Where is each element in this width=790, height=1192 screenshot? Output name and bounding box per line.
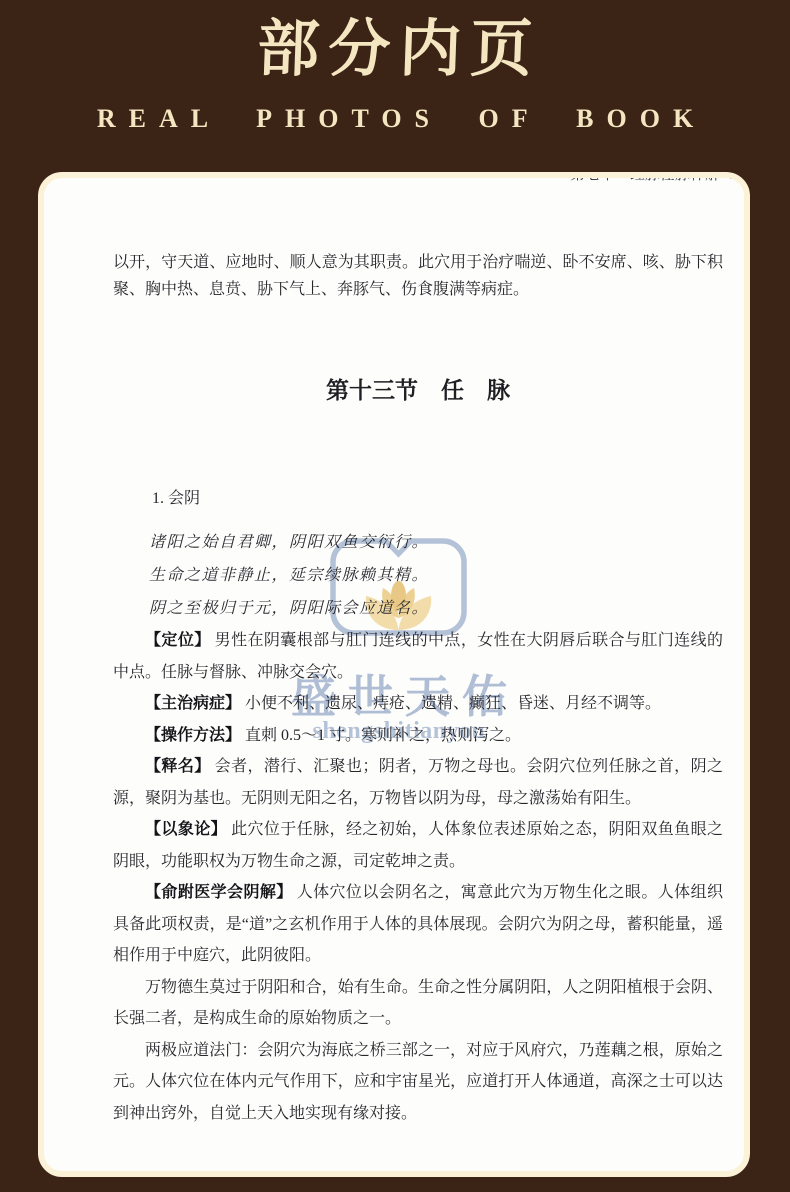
book-page-content: 盛世天佑 shengshitianyou 第七章 经脉任脉释解 273 以开，守… — [44, 178, 744, 1171]
entry-text: 小便不利、遗尿、痔疮、遗精、癫狂、昏迷、月经不调等。 — [245, 695, 661, 712]
running-header: 第七章 经脉任脉释解 273 — [570, 178, 744, 183]
verse-line: 生命之道非静止，延宗续脉赖其精。 — [149, 559, 723, 592]
banner-title: 部分内页 — [0, 0, 790, 94]
verse-line: 诸阳之始自君卿，阴阳双鱼交衍行。 — [149, 526, 723, 559]
entry-label: 【俞跗医学会阴解】 — [145, 884, 293, 901]
entry-label: 【释名】 — [145, 758, 211, 775]
closing-paragraph: 万物德生莫过于阴阳和合，始有生命。生命之性分属阴阳，人之阴阳植根于会阴、长强二者… — [113, 972, 723, 1035]
entry-paragraph: 【定位】男性在阴囊根部与肛门连线的中点，女性在大阴唇后联合与肛门连线的中点。任脉… — [113, 625, 723, 688]
verse-line: 阴之至极归于元，阴阳际会应道名。 — [149, 592, 723, 625]
closing-paragraph: 两极应道法门：会阴穴为海底之桥三部之一，对应于风府穴，乃莲藕之根，原始之元。人体… — [113, 1035, 723, 1130]
entry-paragraph: 【主治病症】小便不利、遗尿、痔疮、遗精、癫狂、昏迷、月经不调等。 — [113, 688, 723, 720]
book-page-photo: 盛世天佑 shengshitianyou 第七章 经脉任脉释解 273 以开，守… — [38, 172, 750, 1177]
entry-text: 直刺 0.5～1 寸。寒则补之，热则泻之。 — [245, 727, 521, 744]
entry-paragraph: 【操作方法】直刺 0.5～1 寸。寒则补之，热则泻之。 — [113, 720, 723, 752]
point-heading: 1. 会阴 — [113, 488, 723, 510]
promo-image: 部分内页 REAL PHOTOS OF BOOK 盛世天佑 shengshiti… — [0, 0, 790, 1192]
entry-paragraph: 【释名】会者，潜行、汇聚也；阴者，万物之母也。会阴穴位列任脉之首，阴之源，聚阴为… — [113, 751, 723, 814]
entry-paragraph: 【以象论】此穴位于任脉，经之初始，人体象位表述原始之态，阴阳双鱼鱼眼之阴眼，功能… — [113, 814, 723, 877]
page-text: 以开，守天道、应地时、顺人意为其职责。此穴用于治疗喘逆、卧不安席、咳、胁下积聚、… — [113, 249, 723, 1129]
entry-paragraph: 【俞跗医学会阴解】人体穴位以会阴名之，寓意此穴为万物生化之眼。人体组织具备此项权… — [113, 877, 723, 972]
entry-list: 【定位】男性在阴囊根部与肛门连线的中点，女性在大阴唇后联合与肛门连线的中点。任脉… — [113, 625, 723, 972]
entry-label: 【以象论】 — [145, 821, 227, 838]
section-title: 第十三节 任 脉 — [113, 376, 723, 406]
entry-label: 【主治病症】 — [145, 695, 241, 712]
banner: 部分内页 REAL PHOTOS OF BOOK — [0, 0, 790, 172]
entry-label: 【定位】 — [145, 632, 211, 649]
intro-paragraph: 以开，守天道、应地时、顺人意为其职责。此穴用于治疗喘逆、卧不安席、咳、胁下积聚、… — [113, 249, 723, 303]
verse: 诸阳之始自君卿，阴阳双鱼交衍行。 生命之道非静止，延宗续脉赖其精。 阴之至极归于… — [113, 526, 723, 625]
entry-label: 【操作方法】 — [145, 727, 241, 744]
closing-paragraphs: 万物德生莫过于阴阳和合，始有生命。生命之性分属阴阳，人之阴阳植根于会阴、长强二者… — [113, 972, 723, 1130]
banner-subtitle: REAL PHOTOS OF BOOK — [0, 104, 790, 134]
running-header-chapter: 第七章 经脉任脉释解 — [570, 178, 720, 183]
running-header-page-number: 273 — [730, 178, 745, 183]
